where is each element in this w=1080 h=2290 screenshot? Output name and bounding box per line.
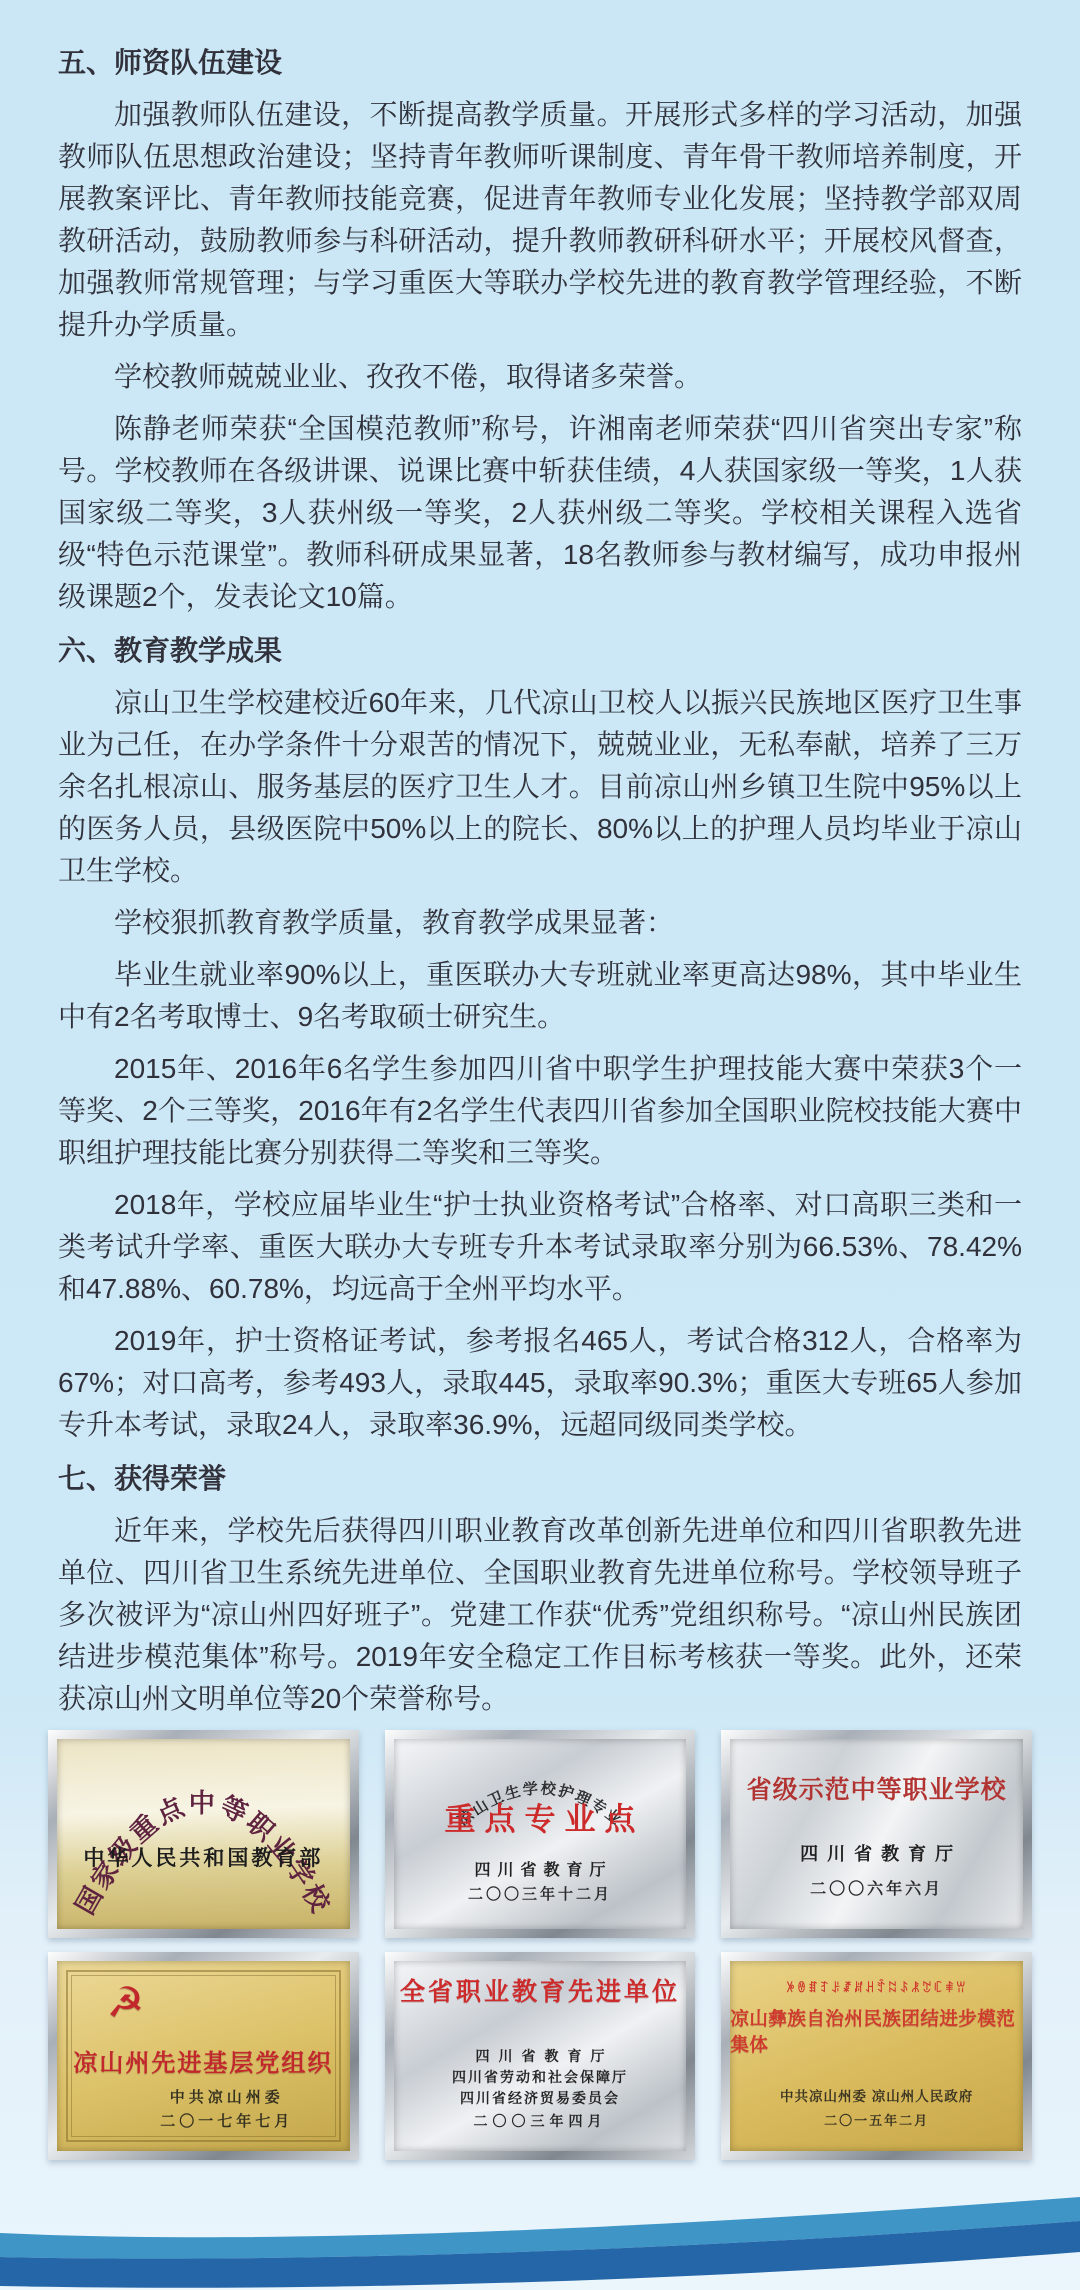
plaque-ethnic-unity-collective: ꉼꇩꏤꆈꌠꊨꏦꃅꄷꉆꌺꂿꇖꏸꑌꀕ 凉山彝族自治州民族团结进步模范集体 中共凉山州… xyxy=(721,1952,1032,2160)
arc-title-svg: 国家级重点中等职业学校 xyxy=(57,1739,350,1929)
plaque-issuer: 中共凉山州委 凉山州人民政府 xyxy=(780,2085,973,2105)
plaque-date: 二〇一七年七月 xyxy=(139,2110,315,2134)
article-page: 五、师资队伍建设 加强教师队伍建设，不断提高教学质量。开展形式多样的学习活动，加… xyxy=(0,0,1080,2290)
paragraph: 2019年，护士资格证考试，参考报名465人，考试合格312人，合格率为67%；… xyxy=(58,1320,1022,1446)
plaque-key-specialty: 凉山卫生学校护理专业 重点专业点 四川省教育厅 二〇〇三年十二月 xyxy=(385,1730,696,1938)
plaque-issuer: 四川省劳动和社会保障厅 xyxy=(452,2067,628,2088)
plaque-title: 凉山彝族自治州民族团结进步模范集体 xyxy=(730,2005,1023,2057)
wave-decoration xyxy=(0,2195,1080,2290)
paragraph: 学校狠抓教育教学质量，教育教学成果显著： xyxy=(58,902,1022,944)
paragraph: 2018年，学校应届毕业生“护士执业资格考试”合格率、对口高职三类和一类考试升学… xyxy=(58,1184,1022,1310)
paragraph: 毕业生就业率90%以上，重医联办大专班就业率更高达98%，其中毕业生中有2名考取… xyxy=(58,954,1022,1038)
paragraph: 2015年、2016年6名学生参加四川省中职学生护理技能大赛中荣获3个一等奖、2… xyxy=(58,1048,1022,1174)
article-body: 五、师资队伍建设 加强教师队伍建设，不断提高教学质量。开展形式多样的学习活动，加… xyxy=(0,0,1080,1720)
plaque-party-organization: ☭ 凉山州先进基层党组织 中共凉山州委 二〇一七年七月 xyxy=(48,1952,359,2160)
plaque-title: 全省职业教育先进单位 xyxy=(400,1972,680,2008)
plaque-issuer: 中华人民共和国教育部 xyxy=(57,1842,350,1872)
section-heading-teachers: 五、师资队伍建设 xyxy=(58,42,1022,84)
plaque-issuer: 四川省经济贸易委员会 xyxy=(452,2088,628,2109)
paragraph: 加强教师队伍建设，不断提高教学质量。开展形式多样的学习活动，加强教师队伍思想政治… xyxy=(58,94,1022,346)
yi-script-text: ꉼꇩꏤꆈꌠꊨꏦꃅꄷꉆꌺꂿꇖꏸꑌꀕ xyxy=(786,1979,968,1995)
plaque-title: 重点专业点 xyxy=(394,1794,687,1839)
plaque-date: 二〇〇三年四月 xyxy=(452,2111,628,2132)
plaque-title: 凉山州先进基层党组织 xyxy=(57,2043,350,2078)
plaque-issuer-block: 四川省教育厅 四川省劳动和社会保障厅 四川省经济贸易委员会 二〇〇三年四月 xyxy=(452,2046,628,2132)
plaque-issuer: 中共凉山州委 xyxy=(139,2086,315,2110)
plaque-plate: 凉山卫生学校护理专业 重点专业点 四川省教育厅 二〇〇三年十二月 xyxy=(394,1739,687,1929)
plaque-title: 省级示范中等职业学校 xyxy=(747,1770,1007,1806)
plaque-plate: ꉼꇩꏤꆈꌠꊨꏦꃅꄷꉆꌺꂿꇖꏸꑌꀕ 凉山彝族自治州民族团结进步模范集体 中共凉山州… xyxy=(730,1961,1023,2151)
plaque-plate: 全省职业教育先进单位 四川省教育厅 四川省劳动和社会保障厅 四川省经济贸易委员会… xyxy=(394,1961,687,2151)
award-plaques-grid: 国家级重点中等职业学校 中华人民共和国教育部 凉山卫生学校护理专业 重点专业点 … xyxy=(0,1730,1080,2160)
plaque-vocational-advanced-unit: 全省职业教育先进单位 四川省教育厅 四川省劳动和社会保障厅 四川省经济贸易委员会… xyxy=(385,1952,696,2160)
section-heading-achievements: 六、教育教学成果 xyxy=(58,630,1022,672)
plaque-plate: 省级示范中等职业学校 四川省教育厅 二〇〇六年六月 xyxy=(730,1739,1023,1929)
plaque-issuer: 四川省教育厅 xyxy=(791,1840,962,1866)
plaque-national-key-school: 国家级重点中等职业学校 中华人民共和国教育部 xyxy=(48,1730,359,1938)
plaque-date: 二〇〇六年六月 xyxy=(810,1876,943,1899)
party-emblem-icon: ☭ xyxy=(107,1982,145,2024)
paragraph: 凉山卫生学校建校近60年来，几代凉山卫校人以振兴民族地区医疗卫生事业为己任，在办… xyxy=(58,682,1022,892)
plaque-issuer-date: 中共凉山州委 二〇一七年七月 xyxy=(139,2086,315,2134)
plaque-issuer: 四川省教育厅 xyxy=(394,1857,687,1880)
plaque-date: 二〇〇三年十二月 xyxy=(394,1883,687,1904)
plaque-provincial-model-school: 省级示范中等职业学校 四川省教育厅 二〇〇六年六月 xyxy=(721,1730,1032,1938)
paragraph: 近年来，学校先后获得四川职业教育改革创新先进单位和四川省职教先进单位、四川省卫生… xyxy=(58,1510,1022,1720)
paragraph: 学校教师兢兢业业、孜孜不倦，取得诸多荣誉。 xyxy=(58,356,1022,398)
section-heading-honors: 七、获得荣誉 xyxy=(58,1458,1022,1500)
plaque-issuer: 四川省教育厅 xyxy=(452,2046,628,2067)
plaque-plate: ☭ 凉山州先进基层党组织 中共凉山州委 二〇一七年七月 xyxy=(57,1961,350,2151)
plaque-date: 二〇一五年二月 xyxy=(824,2110,929,2129)
paragraph: 陈静老师荣获“全国模范教师”称号，许湘南老师荣获“四川省突出专家”称号。学校教师… xyxy=(58,408,1022,618)
plaque-plate: 国家级重点中等职业学校 中华人民共和国教育部 xyxy=(57,1739,350,1929)
